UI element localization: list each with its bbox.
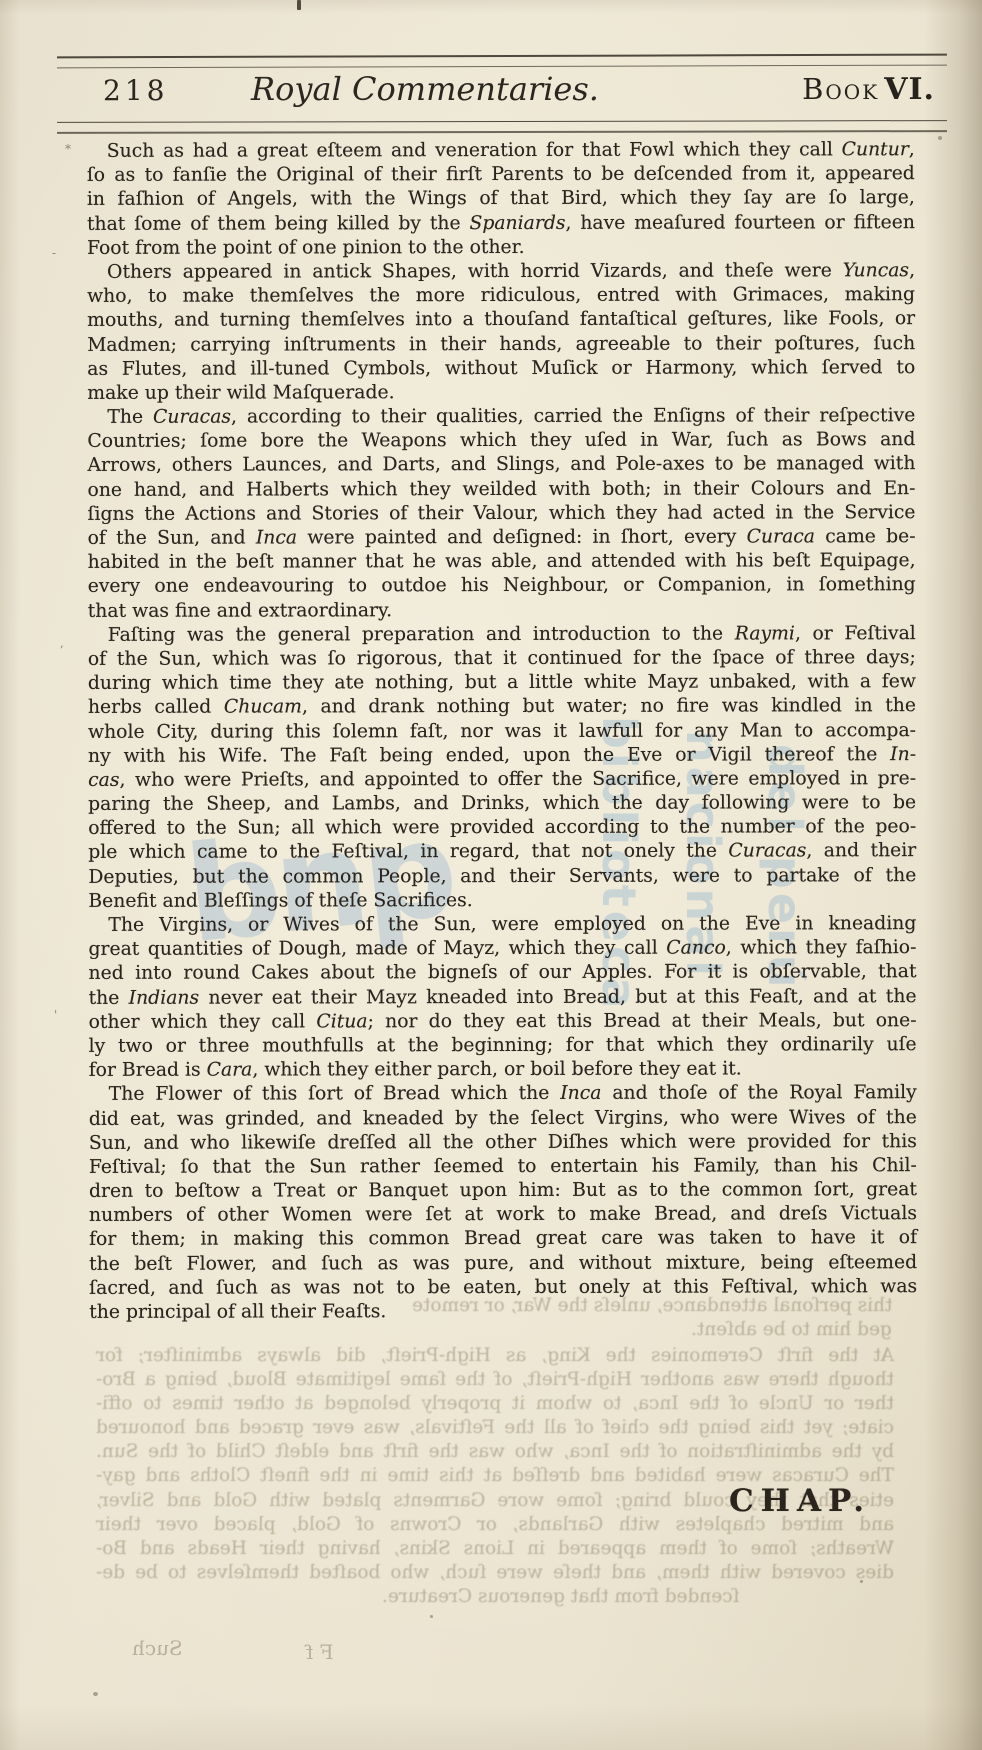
text-line: every one endeavouring to outdoe his Nei… — [88, 574, 916, 600]
paper-speck — [430, 1615, 433, 1618]
text-line: paring the Sheep, and Lambs, and Drinks,… — [88, 791, 916, 817]
text-line: that was fine and extraordinary. — [88, 598, 916, 624]
text-line: one hand, and Halberts which they weilde… — [87, 477, 915, 503]
text-line: make up their wild Maſquerade. — [87, 380, 915, 406]
text-line: ſigns the Actions and Stories of their V… — [88, 501, 916, 527]
text-line: Feſtival; ſo that the Sun rather ſeemed … — [89, 1154, 917, 1180]
text-line: during which time they ate nothing, but … — [88, 670, 916, 696]
page-edge-shading — [0, 0, 982, 14]
paper-speck: ' — [54, 1008, 57, 1022]
page-edge-shading — [0, 1704, 982, 1750]
text-line: numbers of other Women were ſet at work … — [89, 1202, 917, 1228]
text-line: the beſt Flower, and ſuch as was pure, a… — [89, 1251, 917, 1277]
text-line: that ſome of them being killed by the Sp… — [87, 211, 915, 237]
bleedthrough-line: At the firſt Ceremonies the King, as Hig… — [96, 1344, 894, 1368]
text-line: ny with his Wife. The Faſt being ended, … — [88, 743, 916, 769]
text-line: mouths, and turning themſelves into a th… — [87, 307, 915, 333]
book-word: Book — [802, 72, 879, 106]
book-label: Book VI. — [802, 72, 935, 107]
paper-speck: * — [65, 142, 71, 156]
bleedthrough-line: though there was another High-Prieſt, of… — [96, 1368, 894, 1392]
book-page: bnp biblioteca nacional del perú this pe… — [0, 0, 982, 1750]
body-text: Such as had a great eſteem and veneratio… — [87, 138, 917, 1325]
text-line: dren to beſtow a Treat or Banquet upon h… — [89, 1178, 917, 1204]
text-line: Arrows, others Launces, and Darts, and S… — [87, 453, 915, 479]
text-line: ly two or three mouthfulls at the beginn… — [89, 1033, 917, 1059]
bleedthrough-line: ther or Uncle of the Inca, to whom it pr… — [96, 1392, 894, 1416]
bleedthrough-line: Wreaths; ſome of them appeared in Lions … — [96, 1537, 894, 1561]
text-line: for them; in making this common Bread gr… — [89, 1227, 917, 1253]
text-line: for Bread is Cara, which they either par… — [89, 1057, 917, 1083]
text-line: other which they call Citua; nor do they… — [89, 1009, 917, 1035]
chapter-catchword: CHAP. — [729, 1483, 871, 1519]
text-line: Faſting was the general preparation and … — [88, 622, 916, 648]
text-line: the principal of all their Feaſts. — [89, 1299, 917, 1325]
text-line: The Curacas, according to their qualitie… — [87, 404, 915, 430]
header-rule-top — [57, 54, 947, 69]
text-line: The Virgins, or Wives of the Sun, were e… — [88, 912, 916, 938]
paper-speck — [860, 1580, 863, 1583]
text-line: of the Sun, which was ſo rigorous, that … — [88, 646, 916, 672]
bleedthrough-catchword: Such — [132, 1636, 183, 1660]
header-rule-bottom — [57, 120, 947, 134]
page-edge-shading — [924, 0, 982, 1750]
bleedthrough-line: ciate; yet this being the chief of all t… — [96, 1416, 894, 1440]
text-line: ned into round Cakes about the bigneſs o… — [88, 961, 916, 987]
text-line: as Flutes, and ill-tuned Cymbols, withou… — [87, 356, 915, 382]
text-line: Deputies, but the common People, and the… — [88, 864, 916, 890]
page-edge-shading — [0, 0, 20, 1750]
text-line: ple which came to the Feſtival, in regar… — [88, 840, 916, 866]
text-line: whole City, during this ſolemn faſt, nor… — [88, 719, 916, 745]
text-line: The Flower of this ſort of Bread which t… — [89, 1081, 917, 1107]
text-line: did eat, was grinded, and kneaded by the… — [89, 1106, 917, 1132]
text-line: Madmen; carrying inſtruments in their ha… — [87, 332, 915, 358]
text-line: Benefit and Bleſſings of theſe Sacrifice… — [88, 888, 916, 914]
text-line: the Indians never eat their Mayz kneaded… — [89, 985, 917, 1011]
text-line: habited in the beſt manner that he was a… — [88, 549, 916, 575]
text-line: great quantities of Dough, made of Mayz,… — [88, 936, 916, 962]
bleedthrough-line: ſcended from that generous Creature. — [382, 1585, 739, 1609]
text-line: in faſhion of Angels, with the Wings of … — [87, 187, 915, 213]
text-line: ſacred, and ſuch as was not to be eaten,… — [89, 1275, 917, 1301]
text-line: cas, who were Prieſts, and appointed to … — [88, 767, 916, 793]
book-numeral: VI. — [884, 72, 935, 107]
text-line: Sun, and who likewiſe dreſſed all the ot… — [89, 1130, 917, 1156]
text-line: Others appeared in antick Shapes, with h… — [87, 259, 915, 285]
bleedthrough-signature-mark: F f — [306, 1640, 334, 1664]
paper-speck: - — [52, 246, 56, 260]
text-line: of the Sun, and Inca were painted and de… — [88, 525, 916, 551]
bleedthrough-line: by the adminiſtration of the Inca, who w… — [96, 1440, 894, 1464]
running-title: Royal Commentaries. — [251, 70, 599, 108]
text-line: who, to make themſelves the more ridicul… — [87, 283, 915, 309]
text-line: herbs called Chucam, and drank nothing b… — [88, 694, 916, 720]
text-line: offered to the Sun; all which were provi… — [88, 815, 916, 841]
paper-speck — [93, 1692, 98, 1696]
paper-speck — [938, 136, 942, 140]
text-line: Countries; ſome bore the Weapons which t… — [87, 428, 915, 454]
bleedthrough-line: dies covered with them, and theſe were ſ… — [96, 1561, 894, 1585]
page-number: 218 — [103, 74, 168, 107]
text-line: Such as had a great eſteem and veneratio… — [87, 138, 915, 164]
paper-mark — [297, 0, 301, 10]
text-line: ſo as to fanſie the Original of their fi… — [87, 162, 915, 188]
text-line: Foot from the point of one pinion to the… — [87, 235, 915, 261]
paper-speck: , — [60, 636, 64, 650]
